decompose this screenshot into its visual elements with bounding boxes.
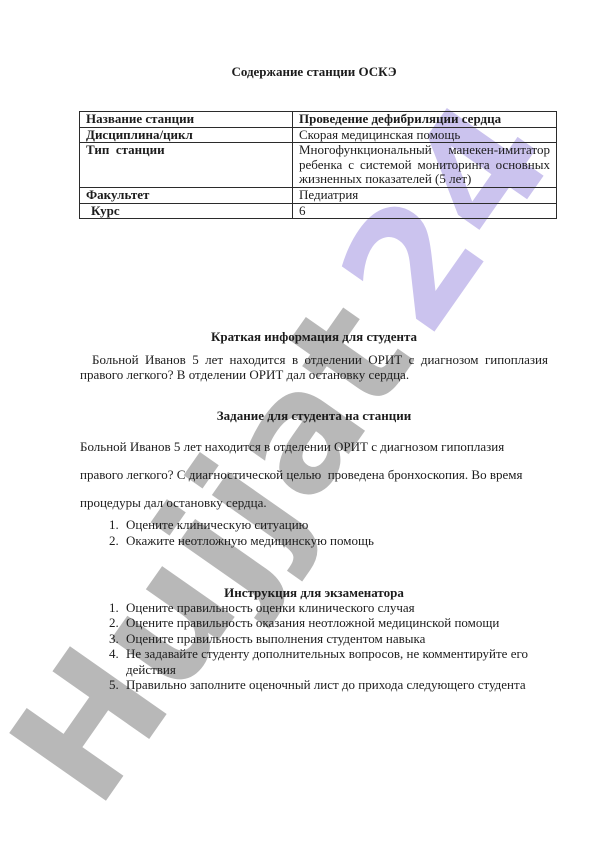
examiner-list-item: Правильно заполните оценочный лист до пр… [122,677,548,692]
row-value: Многофункциональный манекен-имитатор реб… [293,143,557,188]
examiner-list-item: Не задавайте студенту дополнительных воп… [122,646,548,677]
task-list-item: Оцените клиническую ситуацию [122,517,548,532]
row-label: Курс [80,203,293,219]
station-info-table: Название станции Проведение дефибриляции… [79,111,557,219]
examiner-list-item: Оцените правильность оказания неотложной… [122,615,548,630]
row-value: Скорая медицинская помощь [293,127,557,143]
section-heading-examiner: Инструкция для экзаменатора [80,585,548,600]
table-row: Название станции Проведение дефибриляции… [80,112,557,128]
station-table-body: Название станции Проведение дефибриляции… [80,112,557,219]
examiner-instruction-list: Оцените правильность оценки клинического… [80,600,548,692]
row-label: Дисциплина/цикл [80,127,293,143]
table-row: Факультет Педиатрия [80,187,557,203]
row-value: 6 [293,203,557,219]
paragraph-student-task: Больной Иванов 5 лет находится в отделен… [80,433,548,517]
row-value: Педиатрия [293,187,557,203]
examiner-list-item: Оцените правильность оценки клинического… [122,600,548,615]
examiner-list-item: Оцените правильность выполнения студенто… [122,631,548,646]
row-value: Проведение дефибриляции сердца [293,112,557,128]
row-label: Название станции [80,112,293,128]
table-row: Курс 6 [80,203,557,219]
task-list-item: Окажите неотложную медицинскую помощь [122,533,548,548]
section-heading-student-task: Задание для студента на станции [80,408,548,423]
student-task-list: Оцените клиническую ситуациюОкажите неот… [80,517,548,548]
section-heading-student-info: Краткая информация для студента [80,329,548,344]
document-content: Содержание станции ОСКЭ Название станции… [0,0,596,692]
table-row: Тип станции Многофункциональный манекен-… [80,143,557,188]
document-page: Hujjat24 Содержание станции ОСКЭ Названи… [0,0,596,842]
page-title: Содержание станции ОСКЭ [80,64,548,79]
row-label: Тип станции [80,143,293,188]
paragraph-student-info: Больной Иванов 5 лет находится в отделен… [80,352,548,382]
table-row: Дисциплина/цикл Скорая медицинская помощ… [80,127,557,143]
row-label: Факультет [80,187,293,203]
